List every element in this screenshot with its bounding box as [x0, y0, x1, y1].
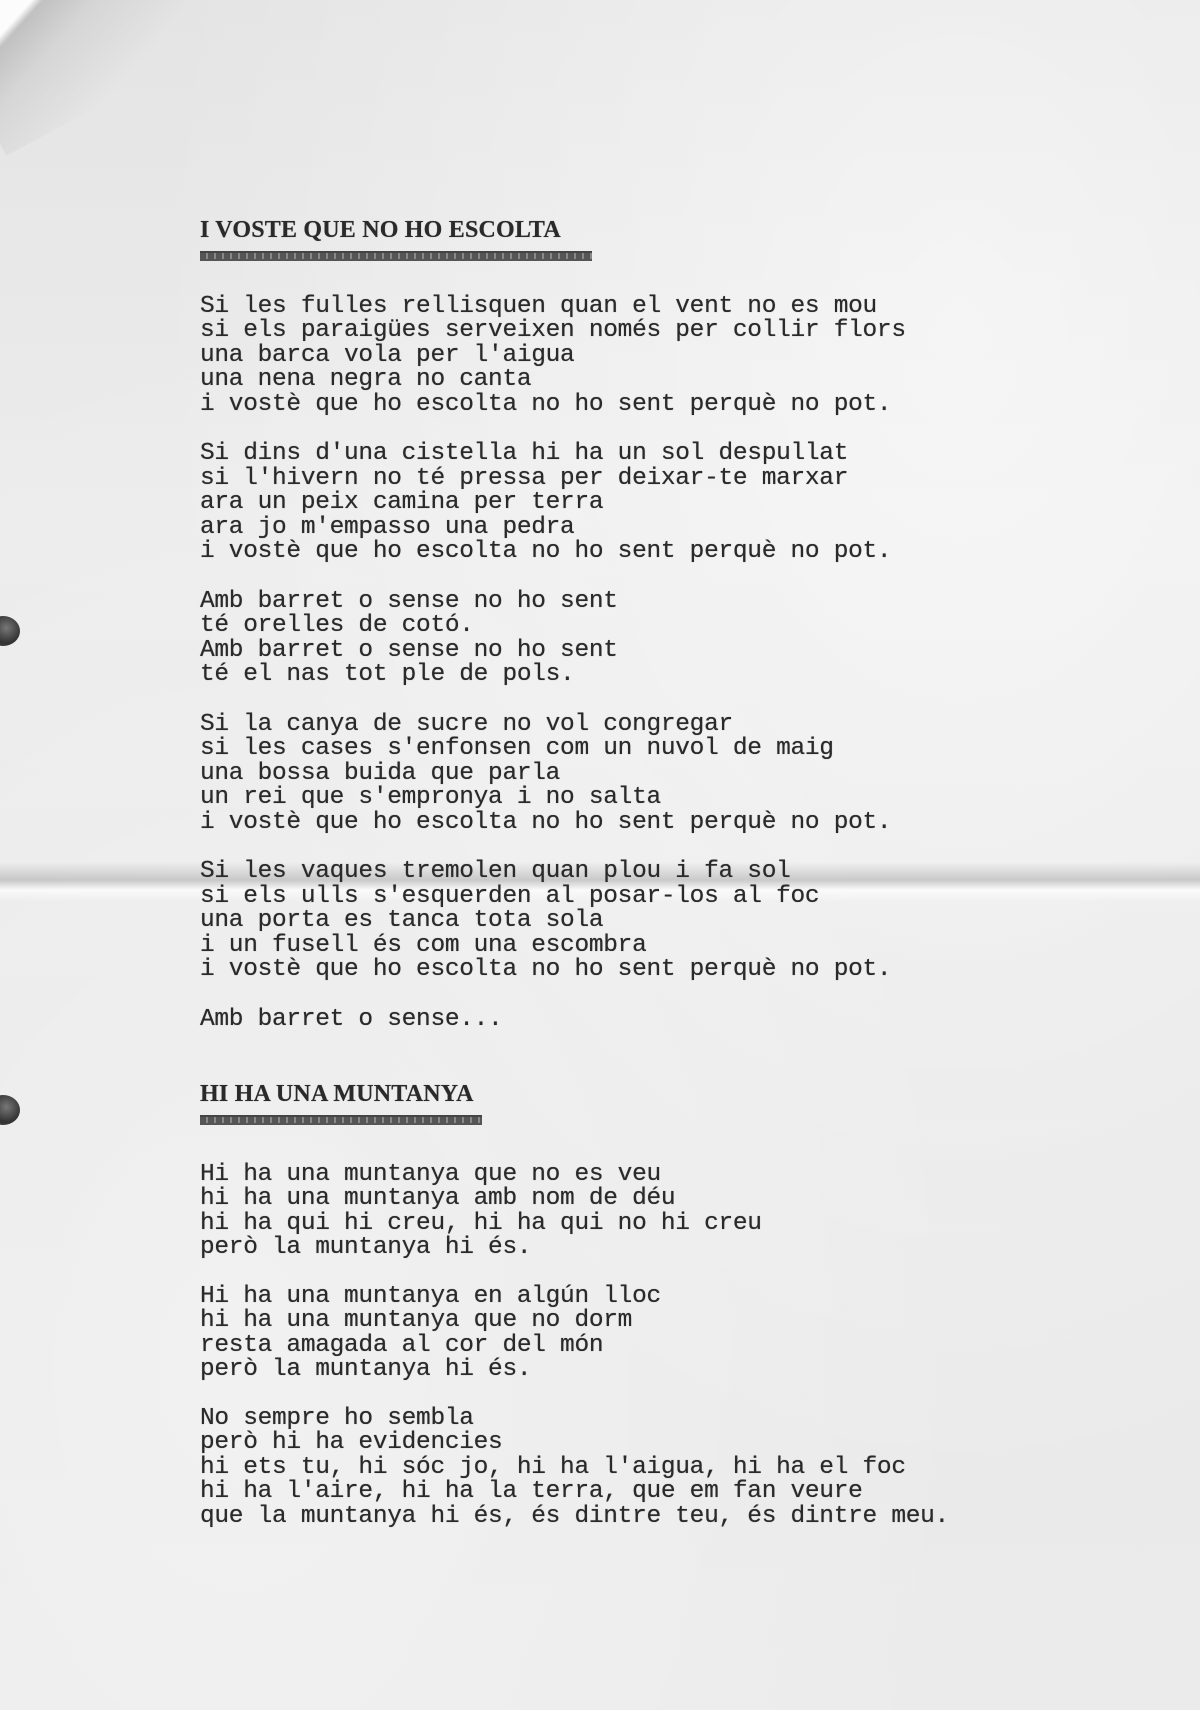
song-title: I VOSTE QUE NO HO ESCOLTA — [200, 218, 561, 243]
lyric-line: Amb barret o sense... — [200, 1008, 1060, 1033]
stanza: Hi ha una muntanya en algún llochi ha un… — [200, 1285, 1060, 1383]
lyric-line: si els paraigües serveixen només per col… — [200, 319, 1060, 344]
lyric-line: un rei que s'empronya i no salta — [200, 786, 1060, 811]
lyric-line: Amb barret o sense no ho sent — [200, 590, 1060, 615]
stanza: Si les fulles rellisquen quan el vent no… — [200, 295, 1060, 418]
punch-hole — [0, 616, 20, 646]
lyric-line: si l'hivern no té pressa per deixar-te m… — [200, 467, 1060, 492]
lyric-line: Si la canya de sucre no vol congregar — [200, 713, 1060, 738]
lyric-line: hi ha qui hi creu, hi ha qui no hi creu — [200, 1212, 1060, 1237]
lyric-line: si les cases s'enfonsen com un nuvol de … — [200, 737, 1060, 762]
lyric-line: però hi ha evidencies — [200, 1431, 1060, 1456]
stanza: Hi ha una muntanya que no es veuhi ha un… — [200, 1163, 1060, 1261]
lyric-line: i vostè que ho escolta no ho sent perquè… — [200, 393, 1060, 418]
lyric-line: però la muntanya hi és. — [200, 1236, 1060, 1261]
stanzas: Si les fulles rellisquen quan el vent no… — [200, 295, 1060, 1033]
song-title: HI HA UNA MUNTANYA — [200, 1082, 474, 1107]
stanza: Amb barret o sense no ho sentté orelles … — [200, 590, 1060, 688]
lyric-line: ara jo m'empasso una pedra — [200, 516, 1060, 541]
lyric-line: hi ha una muntanya que no dorm — [200, 1309, 1060, 1334]
lyric-line: hi ha l'aire, hi ha la terra, que em fan… — [200, 1480, 1060, 1505]
lyric-line: Si dins d'una cistella hi ha un sol desp… — [200, 442, 1060, 467]
lyric-line: Hi ha una muntanya en algún lloc — [200, 1285, 1060, 1310]
lyric-line: però la muntanya hi és. — [200, 1358, 1060, 1383]
stanza: Si la canya de sucre no vol congregarsi … — [200, 713, 1060, 836]
lyric-line: Si les fulles rellisquen quan el vent no… — [200, 295, 1060, 320]
folded-corner — [0, 0, 209, 156]
lyric-line: una porta es tanca tota sola — [200, 909, 1060, 934]
lyric-line: té orelles de cotó. — [200, 614, 1060, 639]
stanza: Si dins d'una cistella hi ha un sol desp… — [200, 442, 1060, 565]
typewritten-page: I VOSTE QUE NO HO ESCOLTA Si les fulles … — [0, 0, 1200, 1710]
title-underline — [200, 251, 592, 261]
lyric-line: Si les vaques tremolen quan plou i fa so… — [200, 860, 1060, 885]
lyric-line: Amb barret o sense no ho sent — [200, 639, 1060, 664]
lyric-line: No sempre ho sembla — [200, 1407, 1060, 1432]
stanza: Si les vaques tremolen quan plou i fa so… — [200, 860, 1060, 983]
lyric-line: si els ulls s'esquerden al posar-los al … — [200, 885, 1060, 910]
song-hi-ha-una-muntanya: HI HA UNA MUNTANYA Hi ha una muntanya qu… — [200, 1082, 1060, 1529]
stanzas: Hi ha una muntanya que no es veuhi ha un… — [200, 1163, 1060, 1530]
lyric-line: i un fusell és com una escombra — [200, 934, 1060, 959]
lyric-line: i vostè que ho escolta no ho sent perquè… — [200, 958, 1060, 983]
lyric-line: que la muntanya hi és, és dintre teu, és… — [200, 1505, 1060, 1530]
song-i-voste-que-no-ho-escolta: I VOSTE QUE NO HO ESCOLTA Si les fulles … — [200, 218, 1060, 1032]
lyric-line: resta amagada al cor del món — [200, 1334, 1060, 1359]
lyric-line: Hi ha una muntanya que no es veu — [200, 1163, 1060, 1188]
lyric-line: hi ha una muntanya amb nom de déu — [200, 1187, 1060, 1212]
lyric-line: hi ets tu, hi sóc jo, hi ha l'aigua, hi … — [200, 1456, 1060, 1481]
stanza: Amb barret o sense... — [200, 1008, 1060, 1033]
stanza: No sempre ho semblaperò hi ha evidencies… — [200, 1407, 1060, 1530]
lyric-line: té el nas tot ple de pols. — [200, 663, 1060, 688]
lyric-line: una barca vola per l'aigua — [200, 344, 1060, 369]
lyrics-content: I VOSTE QUE NO HO ESCOLTA Si les fulles … — [200, 218, 1060, 1553]
lyric-line: una bossa buida que parla — [200, 762, 1060, 787]
lyric-line: i vostè que ho escolta no ho sent perquè… — [200, 540, 1060, 565]
title-underline — [200, 1115, 482, 1125]
punch-hole — [0, 1095, 20, 1125]
lyric-line: ara un peix camina per terra — [200, 491, 1060, 516]
lyric-line: i vostè que ho escolta no ho sent perquè… — [200, 811, 1060, 836]
lyric-line: una nena negra no canta — [200, 368, 1060, 393]
